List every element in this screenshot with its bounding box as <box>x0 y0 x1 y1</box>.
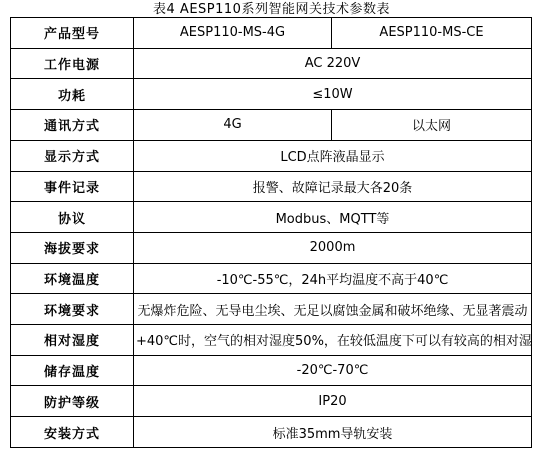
value-cell: AC 220V <box>134 48 532 79</box>
table-row: 相对湿度+40℃时，空气的相对湿度50%，在较低温度下可以有较高的相对湿度 <box>11 325 532 356</box>
row-label: 产品型号 <box>11 18 134 49</box>
value-cell: 以太网 <box>332 110 532 141</box>
value-cell: +40℃时，空气的相对湿度50%，在较低温度下可以有较高的相对湿度 <box>134 325 532 356</box>
table-row: 环境要求无爆炸危险、无导电尘埃、无足以腐蚀金属和破坏绝缘、无显著震动 <box>11 294 532 325</box>
table-row: 安装方式标准35mm导轨安装 <box>11 417 532 448</box>
row-label: 工作电源 <box>11 48 134 79</box>
value-cell: IP20 <box>134 386 532 417</box>
value-cell: ≤10W <box>134 79 532 110</box>
value-cell: AESP110-MS-CE <box>332 18 532 49</box>
row-label: 通讯方式 <box>11 110 134 141</box>
value-cell: 4G <box>134 110 332 141</box>
table-body: 产品型号AESP110-MS-4GAESP110-MS-CE工作电源AC 220… <box>11 18 532 448</box>
value-cell: AESP110-MS-4G <box>134 18 332 49</box>
value-cell: 2000m <box>134 232 532 263</box>
value-cell: 报警、故障记录最大各20条 <box>134 171 532 202</box>
table-row: 环境温度-10℃-55℃，24h平均温度不高于40℃ <box>11 263 532 294</box>
table-row: 通讯方式4G以太网 <box>11 110 532 141</box>
table-row: 储存温度-20℃-70℃ <box>11 355 532 386</box>
row-label: 防护等级 <box>11 386 134 417</box>
row-label: 安装方式 <box>11 417 134 448</box>
row-label: 显示方式 <box>11 140 134 171</box>
value-cell: LCD点阵液晶显示 <box>134 140 532 171</box>
table-row: 产品型号AESP110-MS-4GAESP110-MS-CE <box>11 18 532 49</box>
row-label: 事件记录 <box>11 171 134 202</box>
value-cell: -10℃-55℃，24h平均温度不高于40℃ <box>134 263 532 294</box>
table-row: 显示方式LCD点阵液晶显示 <box>11 140 532 171</box>
table-row: 工作电源AC 220V <box>11 48 532 79</box>
value-cell: 无爆炸危险、无导电尘埃、无足以腐蚀金属和破坏绝缘、无显著震动 <box>134 294 532 325</box>
row-label: 储存温度 <box>11 355 134 386</box>
row-label: 相对湿度 <box>11 325 134 356</box>
parameters-table: 产品型号AESP110-MS-4GAESP110-MS-CE工作电源AC 220… <box>10 17 532 448</box>
row-label: 海拔要求 <box>11 232 134 263</box>
table-row: 功耗≤10W <box>11 79 532 110</box>
table-row: 事件记录报警、故障记录最大各20条 <box>11 171 532 202</box>
value-cell: -20℃-70℃ <box>134 355 532 386</box>
table-row: 防护等级IP20 <box>11 386 532 417</box>
row-label: 协议 <box>11 202 134 233</box>
row-label: 功耗 <box>11 79 134 110</box>
table-row: 协议Modbus、MQTT等 <box>11 202 532 233</box>
value-cell: 标准35mm导轨安装 <box>134 417 532 448</box>
page: 表4 AESP110系列智能网关技术参数表 产品型号AESP110-MS-4GA… <box>0 0 543 462</box>
table-title: 表4 AESP110系列智能网关技术参数表 <box>0 2 543 17</box>
value-cell: Modbus、MQTT等 <box>134 202 532 233</box>
table-row: 海拔要求2000m <box>11 232 532 263</box>
row-label: 环境温度 <box>11 263 134 294</box>
row-label: 环境要求 <box>11 294 134 325</box>
